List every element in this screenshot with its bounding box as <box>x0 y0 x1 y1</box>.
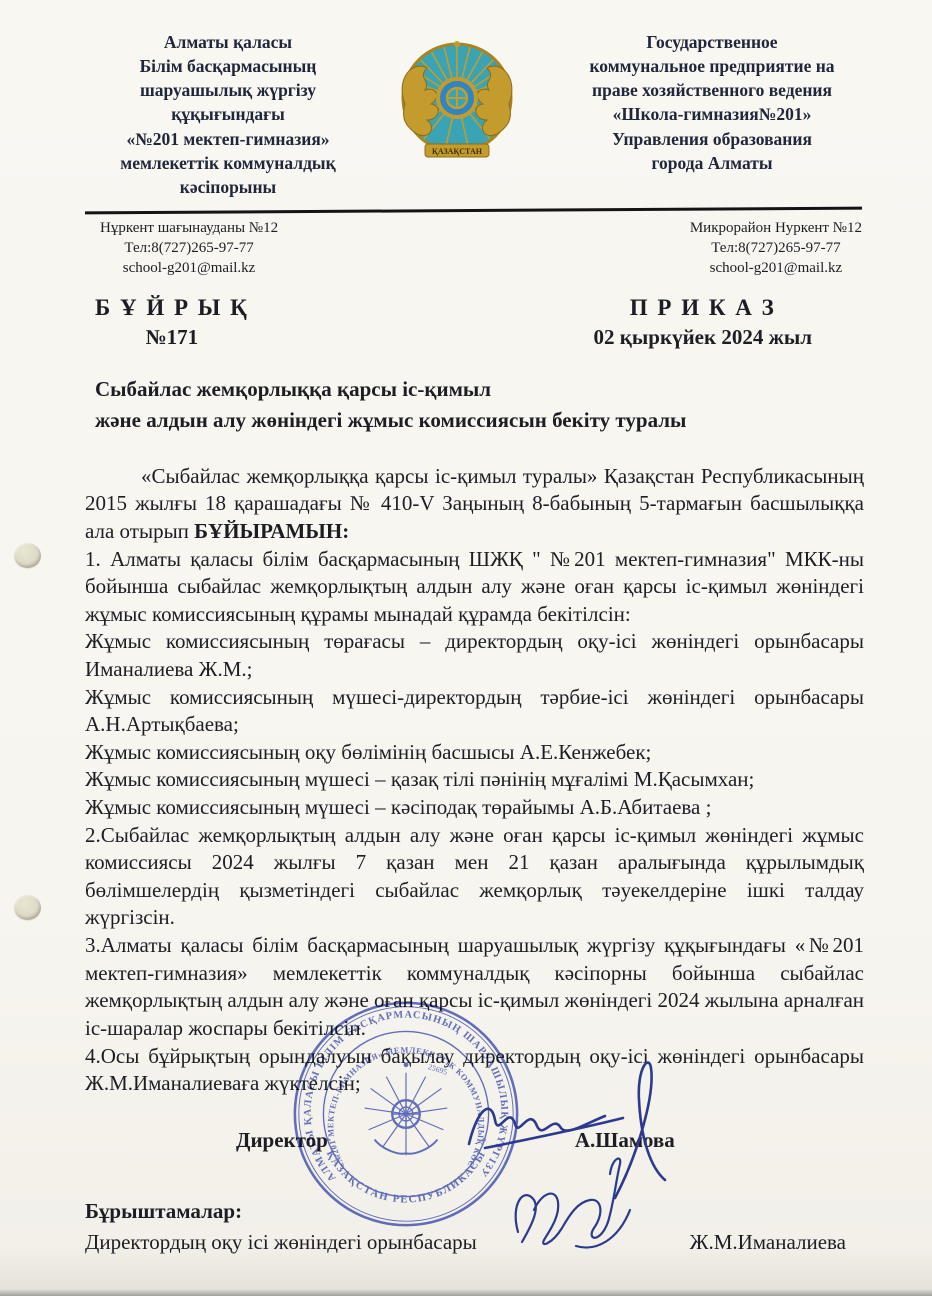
org-kk-line: шаруашылық жүргізу <box>78 78 378 102</box>
org-name-russian: Государственное коммунальное предприятие… <box>536 30 888 175</box>
order-title-ru: П Р И К А З <box>594 295 812 321</box>
letterhead: Алматы қаласы Білім басқармасының шаруаш… <box>0 0 932 199</box>
org-ru-line: «Школа-гимназия№201» <box>536 102 888 126</box>
org-kk-line: кәсіпорыны <box>78 175 378 199</box>
intro-keyword: БҰЙЫРАМЫН: <box>194 519 349 543</box>
punch-hole <box>14 895 41 920</box>
org-kk-line: мемлекеттік коммуналдық <box>78 151 378 175</box>
stamp-center-emblem <box>365 1062 448 1155</box>
contacts: Нұркент шағынауданы №12 Тел:8(727)265-97… <box>0 212 932 279</box>
subject-line: және алдын алу жөніндегі жұмыс комиссияс… <box>95 405 862 437</box>
commission-member-line: Жұмыс комиссиясының оқу бөлімінің басшыс… <box>85 739 864 767</box>
order-date: 02 қыркүйек 2024 жыл <box>594 325 812 350</box>
order-title-kk: Б Ұ Й Р Ы Қ <box>95 295 249 321</box>
org-kk-line: Білім басқармасының <box>78 54 378 78</box>
email-line: school-g201@mail.kz <box>100 258 278 278</box>
order-number: №171 <box>95 325 249 350</box>
org-kk-line: Алматы қаласы <box>78 30 378 54</box>
phone-line: Тел:8(727)265-97-77 <box>690 238 862 258</box>
phone-line: Тел:8(727)265-97-77 <box>100 238 278 258</box>
org-name-kazakh: Алматы қаласы Білім басқармасының шаруаш… <box>78 30 378 199</box>
punch-hole <box>14 543 41 568</box>
order-subject: Сыбайлас жемқорлыққа қарсы іс-қимыл және… <box>95 374 862 437</box>
org-kk-line: құқығындағы <box>78 102 378 126</box>
commission-member-line: Жұмыс комиссиясының мүшесі – қазақ тілі … <box>85 766 864 794</box>
org-ru-line: города Алматы <box>536 151 888 175</box>
org-kk-line: «№201 мектеп-гимназия» <box>78 127 378 151</box>
email-line: school-g201@mail.kz <box>690 258 862 278</box>
order-item-2: 2.Сыбайлас жемқорлықтың алдын алу және о… <box>85 822 864 932</box>
kazakhstan-state-emblem-icon: ҚАЗАҚСТАН <box>387 34 527 179</box>
emblem-banner-label: ҚАЗАҚСТАН <box>432 147 483 156</box>
org-ru-line: Управления образования <box>536 127 888 151</box>
commission-chair-line: Жұмыс комиссиясының төрағасы – директорд… <box>85 628 864 683</box>
order-item-1: 1. Алматы қаласы білім басқармасының ШЖҚ… <box>85 546 864 629</box>
contact-kazakh: Нұркент шағынауданы №12 Тел:8(727)265-97… <box>100 218 278 279</box>
deputy-label: Директордың оқу ісі жөніндегі орынбасары <box>85 1230 477 1255</box>
org-ru-line: коммунальное предприятие на <box>536 54 888 78</box>
org-ru-line: праве хозяйственного ведения <box>536 78 888 102</box>
order-heading-kazakh: Б Ұ Й Р Ы Қ №171 <box>95 295 249 350</box>
commission-member-line: Жұмыс комиссиясының мүшесі – кәсіподақ т… <box>85 794 864 822</box>
deputy-handwritten-signature <box>506 1152 656 1257</box>
org-ru-line: Государственное <box>536 30 888 54</box>
commission-member-line: Жұмыс комиссиясының мүшесі-директордың т… <box>85 684 864 739</box>
deputy-signature-row: Директордың оқу ісі жөніндегі орынбасары… <box>85 1230 864 1255</box>
stamp-star-separator: * <box>325 1134 331 1148</box>
address-line: Микрорайон Нуркент №12 <box>690 218 862 238</box>
order-heading-russian: П Р И К А З 02 қыркүйек 2024 жыл <box>594 295 812 350</box>
deputy-name: Ж.М.Иманалиева <box>690 1230 846 1255</box>
intro-paragraph: «Сыбайлас жемқорлыққа қарсы іс-қимыл тур… <box>85 463 864 546</box>
order-heading: Б Ұ Й Р Ы Қ №171 П Р И К А З 02 қыркүйек… <box>0 279 932 350</box>
address-line: Нұркент шағынауданы №12 <box>100 218 278 238</box>
scanned-order-document: Алматы қаласы Білім басқармасының шаруаш… <box>0 0 932 1296</box>
subject-line: Сыбайлас жемқорлыққа қарсы іс-қимыл <box>95 374 862 406</box>
contact-russian: Микрорайон Нуркент №12 Тел:8(727)265-97-… <box>690 218 862 279</box>
